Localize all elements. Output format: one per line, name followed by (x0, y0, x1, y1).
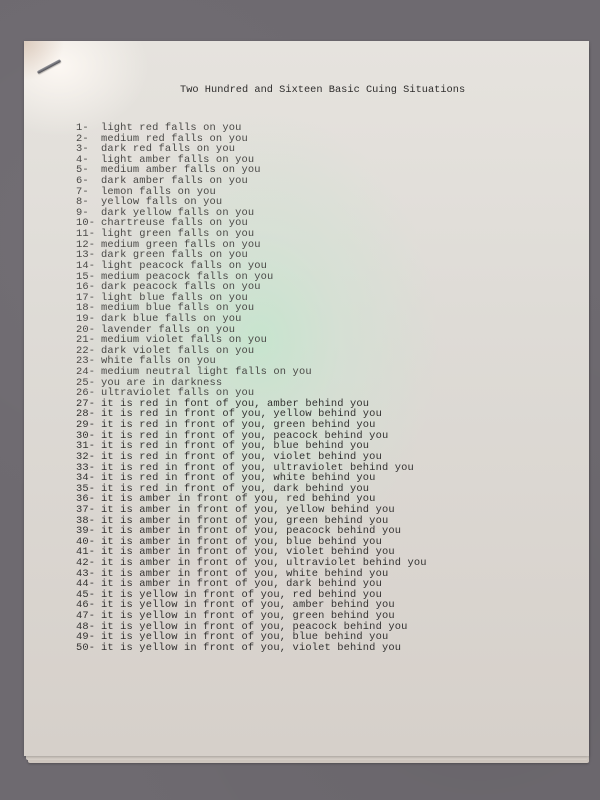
item-number: 37- (76, 505, 101, 516)
cue-list: 1-light red falls on you2-medium red fal… (76, 123, 427, 653)
item-number: 14- (76, 261, 101, 272)
item-number: 50- (76, 643, 101, 654)
list-item: 50-it is yellow in front of you, violet … (76, 643, 427, 654)
item-number: 19- (76, 314, 101, 325)
item-text: it is yellow in front of you, violet beh… (101, 642, 401, 654)
item-number: 32- (76, 452, 101, 463)
page-title: Two Hundred and Sixteen Basic Cuing Situ… (180, 84, 480, 96)
corner-shadow (24, 41, 94, 91)
